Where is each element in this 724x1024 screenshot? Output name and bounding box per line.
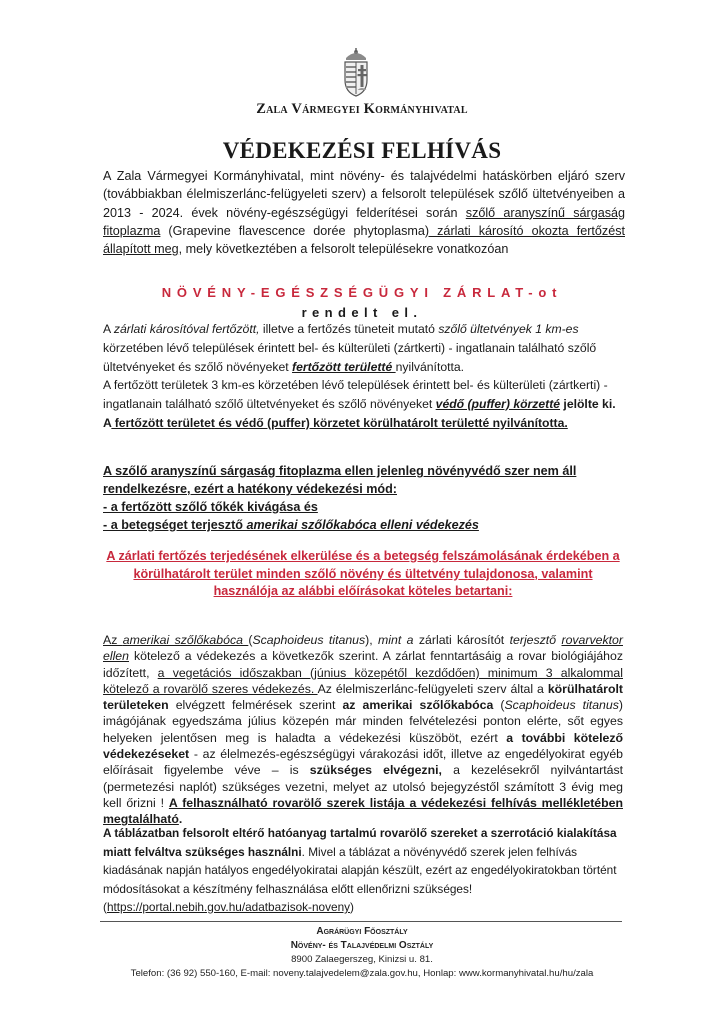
footer-address: 8900 Zalaegerszeg, Kinizsi u. 81. [0,954,724,965]
buffer-zone-term: védő (puffer) körzetté [436,397,560,411]
infected-area-paragraph: A zárlati károsítóval fertőzött, illetve… [103,320,628,376]
footer-department: Agrárügyi Főosztály [0,926,724,937]
vector-name: amerikai szőlőkabóca [123,633,249,647]
intro-paragraph: A Zala Vármegyei Kormányhivatal, mint nö… [103,167,625,258]
text: - a betegséget terjesztő [103,518,246,532]
text: Az [103,633,123,647]
text: zárlati károsítót [414,633,510,647]
latin-name: Scaphoideus titanus [252,633,365,647]
text: elvégzett felmérések szerint [169,698,343,712]
vector-control-paragraph: Az amerikai szőlőkabóca (Scaphoideus tit… [103,632,623,828]
decree-line: rendelt el. [0,305,724,320]
text: terjesztő [510,633,556,647]
bold-text: szükséges elvégezni, [310,763,442,777]
page-title: VÉDEKEZÉSI FELHÍVÁS [0,138,724,164]
text: illetve a fertőzés tüneteit mutató [259,322,438,336]
infected-area-term: fertőzött területté [292,360,396,374]
document-page: Zala Vármegyei Kormányhivatal VÉDEKEZÉSI… [0,0,724,1024]
control-method-section: A szőlő aranyszínű sárgaság fitoplazma e… [103,462,603,534]
nebih-database-link[interactable]: https://portal.nebih.gov.hu/adatbazisok-… [107,900,350,914]
intro-text-end: , mely következtében a felsorolt települ… [179,242,509,256]
text: A [103,322,114,336]
intro-latin: (Grapevine flavescence dorée phytoplasma [160,224,425,238]
italic-text: amerikai szőlőkabóca elleni védekezés [246,518,478,532]
footer-divider [100,921,622,922]
footer-unit: Növény- és Talajvédelmi Osztály [0,940,724,951]
latin-name: Scaphoideus titanus [504,698,618,712]
italic-text: zárlati károsítóval fertőzött, [114,322,260,336]
quarantine-heading: NÖVÉNY-EGÉSZSÉGÜGYI ZÁRLAT-ot [0,285,724,300]
text: ), [365,633,378,647]
control-method-item-1: - a fertőzött szőlő tőkék kivágása és [103,498,603,516]
control-method-item-2: - a betegséget terjesztő amerikai szőlők… [103,516,603,534]
hungarian-coat-of-arms-icon [340,48,372,98]
text: jelölte ki. [560,397,616,411]
delimited-area-statement: fertőzött területet és védő (puffer) kör… [111,416,567,430]
text: nyilvánította. [396,360,464,374]
text: Az élelmiszerlánc-felügyeleti szerv álta… [318,682,548,696]
bold-text: az amerikai szőlőkabóca [342,698,493,712]
buffer-zone-paragraph: A fertőzött területek 3 km-es körzetében… [103,376,628,432]
footer-contact: Telefon: (36 92) 550-160, E-mail: noveny… [0,968,724,979]
text: mint a [378,633,413,647]
text: ( [493,698,504,712]
text: ) [350,900,354,914]
organization-name: Zala Vármegyei Kormányhivatal [0,101,724,118]
obligation-notice: A zárlati fertőzés terjedésének elkerülé… [103,548,623,601]
italic-text: szőlő ültetvények 1 km-es [438,322,578,336]
rotation-paragraph: A táblázatban felsorolt eltérő hatóanyag… [103,824,623,917]
control-method-intro: A szőlő aranyszínű sárgaság fitoplazma e… [103,462,603,498]
